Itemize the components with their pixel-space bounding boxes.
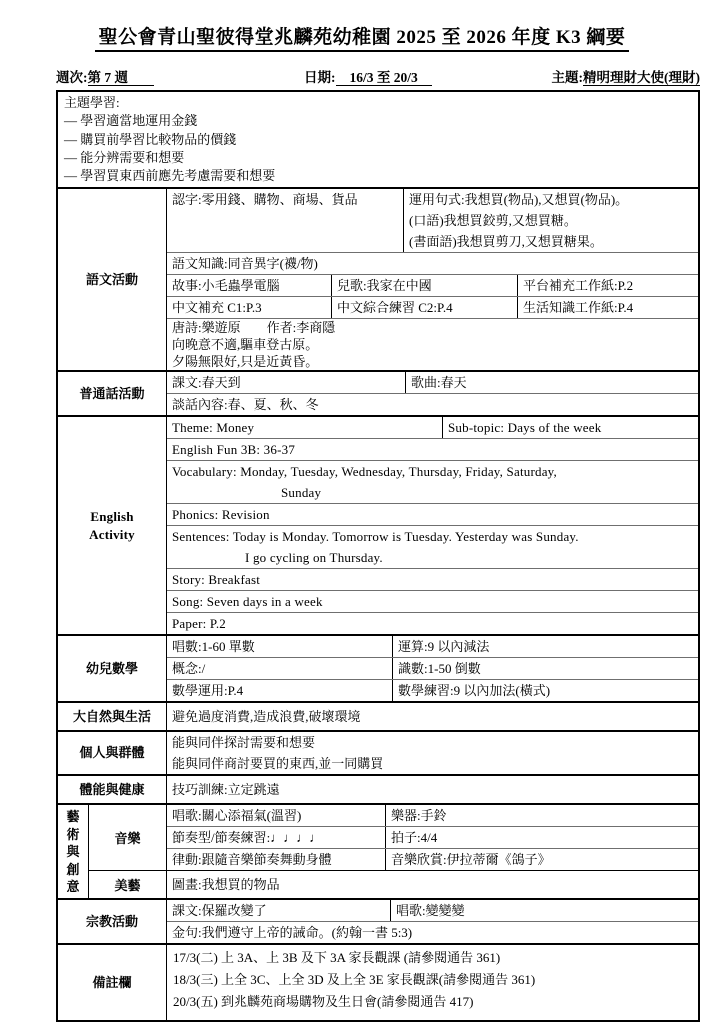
k3-weekly-outline-page: 聖公會青山聖彼得堂兆麟苑幼稚園 2025 至 2026 年度 K3 綱要 週次:… bbox=[0, 0, 724, 1024]
arts-label-char: 創 bbox=[66, 861, 79, 879]
personal-row: 能與同伴探討需要和想要 能與同伴商討要買的東西,並一同購買 bbox=[167, 732, 698, 774]
english-book-cell: English Fun 3B: 36-37 bbox=[167, 439, 698, 460]
page-title: 聖公會青山聖彼得堂兆麟苑幼稚園 2025 至 2026 年度 K3 綱要 bbox=[95, 22, 630, 52]
remarks-section-label: 備註欄 bbox=[58, 945, 167, 1020]
english-theme-cell: Theme: Money bbox=[167, 417, 443, 438]
arts-visual-subsection: 美藝 圖畫:我想買的物品 bbox=[89, 870, 698, 898]
personal-text-cell: 能與同伴探討需要和想要 能與同伴商討要買的東西,並一同購買 bbox=[167, 732, 698, 774]
religion-verse-cell: 金句:我們遵守上帝的誡命。(約翰一書 5:3) bbox=[167, 922, 698, 943]
english-paper-cell: Paper: P.2 bbox=[167, 613, 698, 634]
language-section-label: 語文活動 bbox=[58, 189, 167, 370]
arts-section-label: 藝 術 與 創 意 bbox=[58, 805, 89, 898]
english-row-sentences: Sentences: Today is Monday. Tomorrow is … bbox=[167, 525, 698, 568]
music-instrument-cell: 樂器:手鈴 bbox=[386, 805, 698, 826]
language-row-story: 故事:小毛蟲學電腦 兒歌:我家在中國 平台補充工作紙:P.2 bbox=[167, 274, 698, 296]
sentence-pattern-line: 運用句式:我想買(物品),又想買(物品)。 bbox=[409, 189, 693, 210]
rhyme-cell: 兒歌:我家在中國 bbox=[332, 275, 518, 296]
math-number-cell: 識數:1-50 倒數 bbox=[393, 658, 698, 679]
nature-row: 避免過度消費,造成浪費,破壞環境 bbox=[167, 703, 698, 730]
theme-learning-item: — 能分辨需要和想要 bbox=[64, 149, 692, 167]
section-nature: 大自然與生活 避免過度消費,造成浪費,破壞環境 bbox=[58, 701, 698, 730]
mandarin-section-label: 普通話活動 bbox=[58, 372, 167, 415]
section-physical: 體能與健康 技巧訓練:立定跳遠 bbox=[58, 774, 698, 803]
week-value: 第 7 週 bbox=[88, 70, 155, 86]
religion-text-cell: 課文:保羅改變了 bbox=[167, 900, 391, 921]
math-application-cell: 數學運用:P.4 bbox=[167, 680, 393, 701]
physical-section-label: 體能與健康 bbox=[58, 776, 167, 803]
music-beat-cell: 拍子:4/4 bbox=[386, 827, 698, 848]
theme-learning-heading: 主題學習: bbox=[64, 94, 692, 112]
english-row-phonics: Phonics: Revision bbox=[167, 503, 698, 525]
religion-row-verse: 金句:我們遵守上帝的誡命。(約翰一書 5:3) bbox=[167, 921, 698, 943]
worksheet2-cell: 生活知識工作紙:P.4 bbox=[518, 297, 698, 318]
sentences-line: Sentences: Today is Monday. Tomorrow is … bbox=[172, 526, 693, 547]
mandarin-row-text: 課文:春天到 歌曲:春天 bbox=[167, 372, 698, 393]
music-row-movement: 律動:跟隨音樂節奏舞動身體 音樂欣賞:伊拉蒂爾《鴿子》 bbox=[167, 848, 698, 870]
math-row-counting: 唱數:1-60 單數 運算:9 以內減法 bbox=[167, 636, 698, 657]
english-section-label: English Activity bbox=[58, 417, 167, 634]
english-row-story: Story: Breakfast bbox=[167, 568, 698, 590]
english-row-paper: Paper: P.2 bbox=[167, 612, 698, 634]
english-song-cell: Song: Seven days in a week bbox=[167, 591, 698, 612]
arts-music-subsection: 音樂 唱歌:關心添福氣(溫習) 樂器:手鈴 節奏型/節奏練習:♩♩♩♩ 拍子:4… bbox=[89, 805, 698, 870]
knowledge-cell: 語文知識:同音異字(襪/物) bbox=[167, 253, 698, 274]
personal-line: 能與同伴商討要買的東西,並一同購買 bbox=[172, 753, 693, 774]
mandarin-text-cell: 課文:春天到 bbox=[167, 372, 406, 393]
topic-label: 主題: bbox=[552, 70, 584, 85]
music-rhythm-cell: 節奏型/節奏練習:♩♩♩♩ bbox=[167, 827, 386, 848]
story-cell: 故事:小毛蟲學電腦 bbox=[167, 275, 332, 296]
math-row-concept: 概念:/ 識數:1-50 倒數 bbox=[167, 657, 698, 679]
worksheet1-cell: 平台補充工作紙:P.2 bbox=[518, 275, 698, 296]
nature-section-label: 大自然與生活 bbox=[58, 703, 167, 730]
personal-section-label: 個人與群體 bbox=[58, 732, 167, 774]
poem-cell: 唐詩:樂遊原 作者:李商隱 向晚意不適,驅車登古原。 夕陽無限好,只是近黃昏。 bbox=[167, 319, 698, 370]
math-operation-cell: 運算:9 以內減法 bbox=[393, 636, 698, 657]
math-section-label: 幼兒數學 bbox=[58, 636, 167, 701]
english-row-theme: Theme: Money Sub-topic: Days of the week bbox=[167, 417, 698, 438]
poem-title: 唐詩:樂遊原 作者:李商隱 bbox=[172, 319, 693, 336]
topic-field: 主題:精明理財大使(理財) bbox=[552, 66, 701, 86]
arts-label-char: 與 bbox=[66, 843, 79, 861]
remarks-line: 17/3(二) 上 3A、上 3B 及下 3A 家長觀課 (請參閱通告 361) bbox=[173, 947, 692, 969]
language-row-workbooks: 中文補充 C1:P.3 中文綜合練習 C2:P.4 生活知識工作紙:P.4 bbox=[167, 296, 698, 318]
mandarin-row-talk: 談話內容:春、夏、秋、冬 bbox=[167, 393, 698, 415]
physical-row: 技巧訓練:立定跳遠 bbox=[167, 776, 698, 803]
language-row-knowledge: 語文知識:同音異字(襪/物) bbox=[167, 252, 698, 274]
section-language: 語文活動 認字:零用錢、購物、商場、貨品 運用句式:我想買(物品),又想買(物品… bbox=[58, 187, 698, 370]
section-arts: 藝 術 與 創 意 音樂 唱歌:關心添福氣(溫習) 樂器:手鈴 節奏型/節奏練習… bbox=[58, 803, 698, 898]
recognition-cell: 認字:零用錢、購物、商場、貨品 bbox=[167, 189, 404, 252]
english-phonics-cell: Phonics: Revision bbox=[167, 504, 698, 525]
section-math: 幼兒數學 唱數:1-60 單數 運算:9 以內減法 概念:/ 識數:1-50 倒… bbox=[58, 634, 698, 701]
english-label-line: English bbox=[90, 508, 133, 526]
section-remarks: 備註欄 17/3(二) 上 3A、上 3B 及下 3A 家長觀課 (請參閱通告 … bbox=[58, 943, 698, 1020]
poem-line: 夕陽無限好,只是近黃昏。 bbox=[172, 353, 693, 370]
english-row-vocabulary: Vocabulary: Monday, Tuesday, Wednesday, … bbox=[167, 460, 698, 503]
remarks-line: 20/3(五) 到兆麟苑商場購物及生日會(請參閱通告 417) bbox=[173, 991, 692, 1013]
language-row-poem: 唐詩:樂遊原 作者:李商隱 向晚意不適,驅車登古原。 夕陽無限好,只是近黃昏。 bbox=[167, 318, 698, 370]
section-theme-learning: 主題學習: — 學習適當地運用金錢 — 購買前學習比較物品的價錢 — 能分辨需要… bbox=[58, 92, 698, 187]
music-label: 音樂 bbox=[89, 805, 167, 870]
week-label: 週次: bbox=[56, 70, 88, 85]
theme-learning-item: — 學習買東西前應先考慮需要和想要 bbox=[64, 167, 692, 185]
music-appreciation-cell: 音樂欣賞:伊拉蒂爾《鴿子》 bbox=[386, 849, 698, 870]
vocabulary-line: Sunday bbox=[172, 482, 693, 503]
english-label-line: Activity bbox=[89, 526, 135, 544]
vocabulary-line: Vocabulary: Monday, Tuesday, Wednesday, … bbox=[172, 461, 693, 482]
remarks-content: 17/3(二) 上 3A、上 3B 及下 3A 家長觀課 (請參閱通告 361)… bbox=[167, 945, 698, 1020]
theme-learning-content: 主題學習: — 學習適當地運用金錢 — 購買前學習比較物品的價錢 — 能分辨需要… bbox=[58, 92, 698, 187]
english-row-song: Song: Seven days in a week bbox=[167, 590, 698, 612]
poem-line: 向晚意不適,驅車登古原。 bbox=[172, 336, 693, 353]
section-personal: 個人與群體 能與同伴探討需要和想要 能與同伴商討要買的東西,並一同購買 bbox=[58, 730, 698, 774]
math-exercise-cell: 數學練習:9 以內加法(橫式) bbox=[393, 680, 698, 701]
sentences-line: I go cycling on Thursday. bbox=[172, 547, 693, 568]
curriculum-table: 主題學習: — 學習適當地運用金錢 — 購買前學習比較物品的價錢 — 能分辨需要… bbox=[56, 90, 700, 1022]
english-vocabulary-cell: Vocabulary: Monday, Tuesday, Wednesday, … bbox=[167, 461, 698, 503]
religion-row-text: 課文:保羅改變了 唱歌:變變變 bbox=[167, 900, 698, 921]
visual-art-drawing-cell: 圖畫:我想買的物品 bbox=[167, 871, 698, 898]
date-label: 日期: bbox=[304, 70, 336, 85]
arts-label-char: 藝 bbox=[66, 808, 79, 826]
nature-text-cell: 避免過度消費,造成浪費,破壞環境 bbox=[167, 703, 698, 730]
arts-label-char: 術 bbox=[66, 826, 79, 844]
sentence-pattern-line: (口語)我想買鉸剪,又想買糖。 bbox=[409, 210, 693, 231]
english-subtopic-cell: Sub-topic: Days of the week bbox=[443, 417, 698, 438]
topic-value: 精明理財大使(理財) bbox=[583, 70, 700, 86]
religion-section-label: 宗教活動 bbox=[58, 900, 167, 943]
religion-song-cell: 唱歌:變變變 bbox=[391, 900, 698, 921]
sentence-pattern-cell: 運用句式:我想買(物品),又想買(物品)。 (口語)我想買鉸剪,又想買糖。 (書… bbox=[404, 189, 698, 252]
chinese-supp-cell: 中文補充 C1:P.3 bbox=[167, 297, 332, 318]
week-field: 週次:第 7 週 bbox=[56, 66, 154, 86]
music-singing-cell: 唱歌:關心添福氣(溫習) bbox=[167, 805, 386, 826]
remarks-line: 18/3(三) 上全 3C、上全 3D 及上全 3E 家長觀課(請參閱通告 36… bbox=[173, 969, 692, 991]
theme-learning-item: — 購買前學習比較物品的價錢 bbox=[64, 131, 692, 149]
english-sentences-cell: Sentences: Today is Monday. Tomorrow is … bbox=[167, 526, 698, 568]
mandarin-talk-cell: 談話內容:春、夏、秋、冬 bbox=[167, 394, 698, 415]
theme-learning-item: — 學習適當地運用金錢 bbox=[64, 112, 692, 130]
mandarin-song-cell: 歌曲:春天 bbox=[406, 372, 698, 393]
sentence-pattern-line: (書面語)我想買剪刀,又想買糖果。 bbox=[409, 231, 693, 252]
english-row-book: English Fun 3B: 36-37 bbox=[167, 438, 698, 460]
section-religion: 宗教活動 課文:保羅改變了 唱歌:變變變 金句:我們遵守上帝的誡命。(約翰一書 … bbox=[58, 898, 698, 943]
music-row-rhythm: 節奏型/節奏練習:♩♩♩♩ 拍子:4/4 bbox=[167, 826, 698, 848]
personal-line: 能與同伴探討需要和想要 bbox=[172, 732, 693, 753]
music-movement-cell: 律動:跟隨音樂節奏舞動身體 bbox=[167, 849, 386, 870]
section-english: English Activity Theme: Money Sub-topic:… bbox=[58, 415, 698, 634]
physical-text-cell: 技巧訓練:立定跳遠 bbox=[167, 776, 698, 803]
english-story-cell: Story: Breakfast bbox=[167, 569, 698, 590]
math-concept-cell: 概念:/ bbox=[167, 658, 393, 679]
math-row-application: 數學運用:P.4 數學練習:9 以內加法(橫式) bbox=[167, 679, 698, 701]
math-counting-cell: 唱數:1-60 單數 bbox=[167, 636, 393, 657]
meta-row: 週次:第 7 週 日期:16/3 至 20/3 主題:精明理財大使(理財) bbox=[56, 66, 700, 86]
date-value: 16/3 至 20/3 bbox=[336, 70, 432, 86]
arts-label-char: 意 bbox=[66, 878, 79, 896]
language-row-recognition: 認字:零用錢、購物、商場、貨品 運用句式:我想買(物品),又想買(物品)。 (口… bbox=[167, 189, 698, 252]
visual-art-row: 圖畫:我想買的物品 bbox=[167, 871, 698, 898]
music-row-singing: 唱歌:關心添福氣(溫習) 樂器:手鈴 bbox=[167, 805, 698, 826]
visual-art-label: 美藝 bbox=[89, 871, 167, 898]
section-mandarin: 普通話活動 課文:春天到 歌曲:春天 談話內容:春、夏、秋、冬 bbox=[58, 370, 698, 415]
chinese-ex-cell: 中文綜合練習 C2:P.4 bbox=[332, 297, 518, 318]
date-field: 日期:16/3 至 20/3 bbox=[304, 66, 432, 86]
